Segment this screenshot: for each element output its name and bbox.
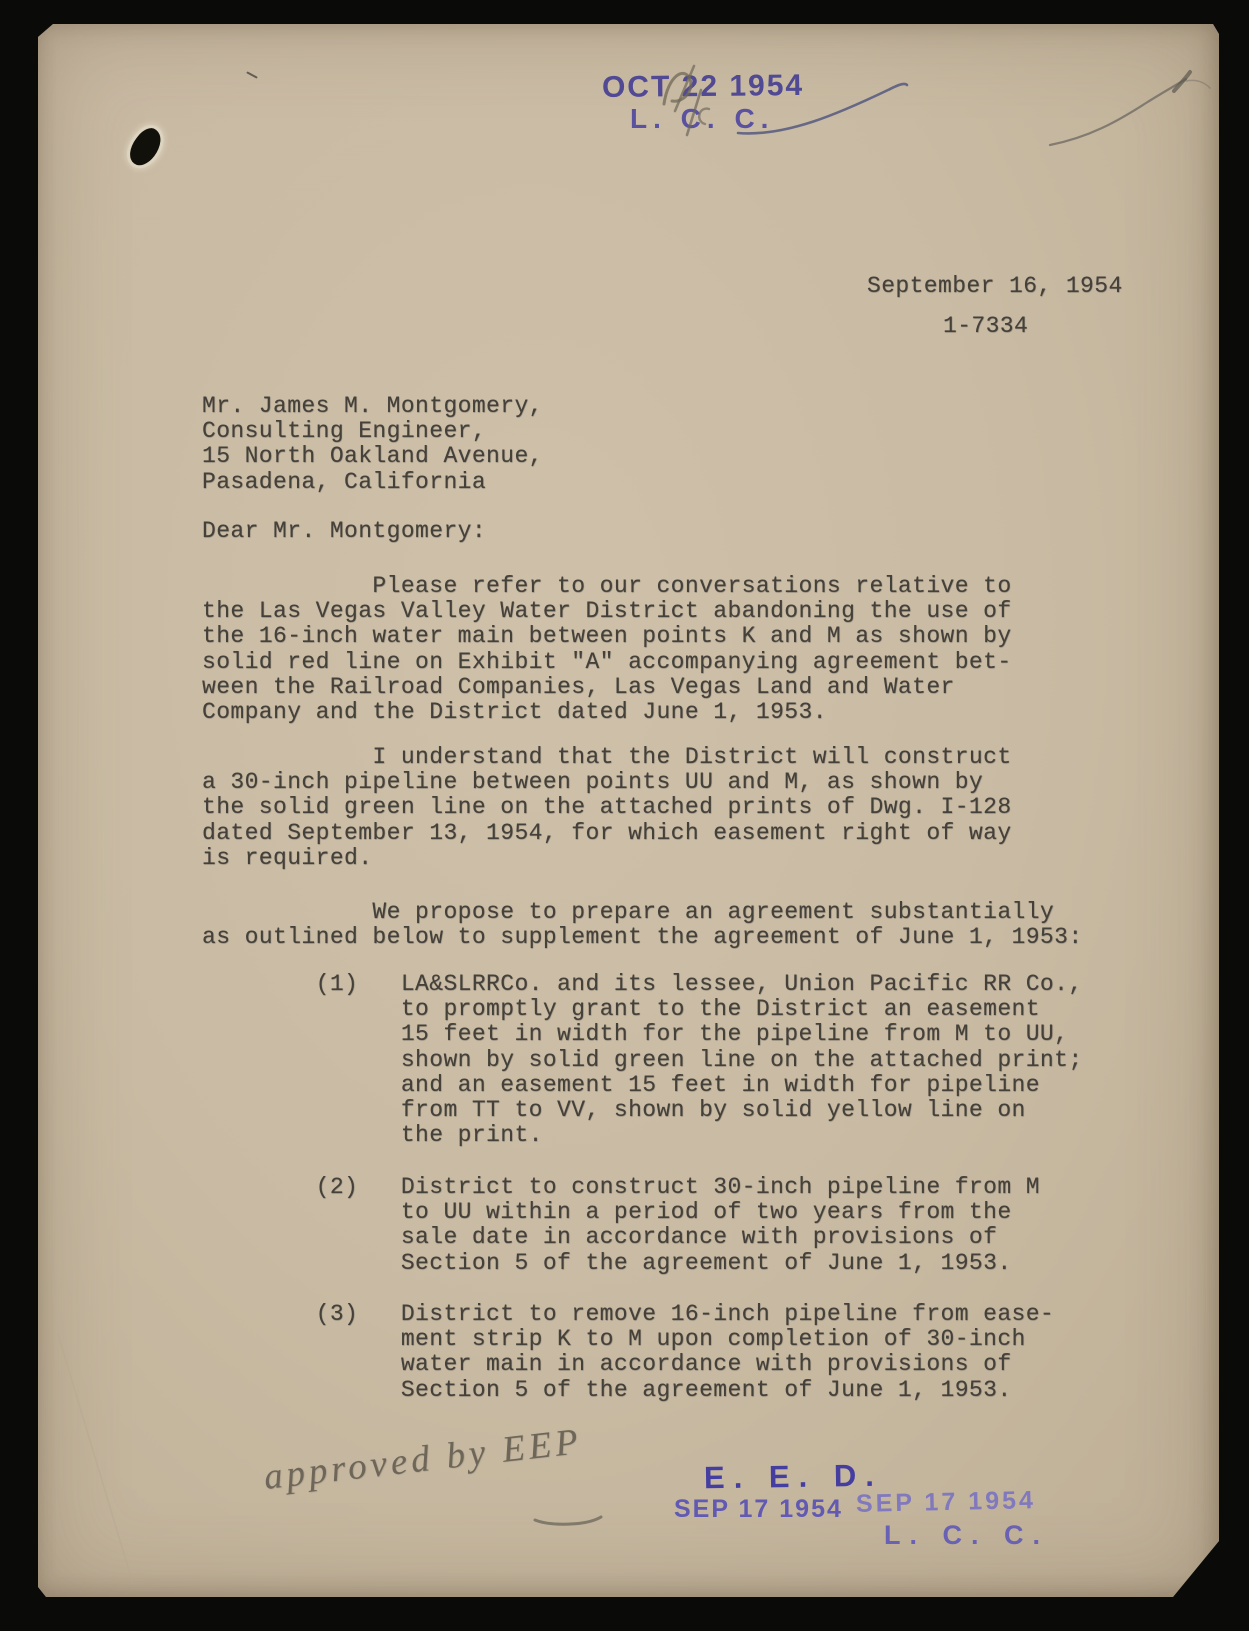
- pencil-dash: [535, 1517, 601, 1524]
- ink-flourish-curve: [738, 84, 907, 133]
- scanned-letter-page: OCT 22 1954 L. C. C. September 16, 1954 …: [0, 0, 1249, 1631]
- corner-squiggle: [1050, 79, 1186, 145]
- pen-marks-overlay: [38, 24, 1219, 1597]
- corner-squiggle-tail: [1186, 80, 1210, 88]
- pencil-letter-c: [699, 109, 709, 124]
- paper-crease: [58, 1334, 133, 1584]
- pencil-scribble-over-date: [664, 73, 691, 104]
- letter-paper: OCT 22 1954 L. C. C. September 16, 1954 …: [38, 24, 1219, 1597]
